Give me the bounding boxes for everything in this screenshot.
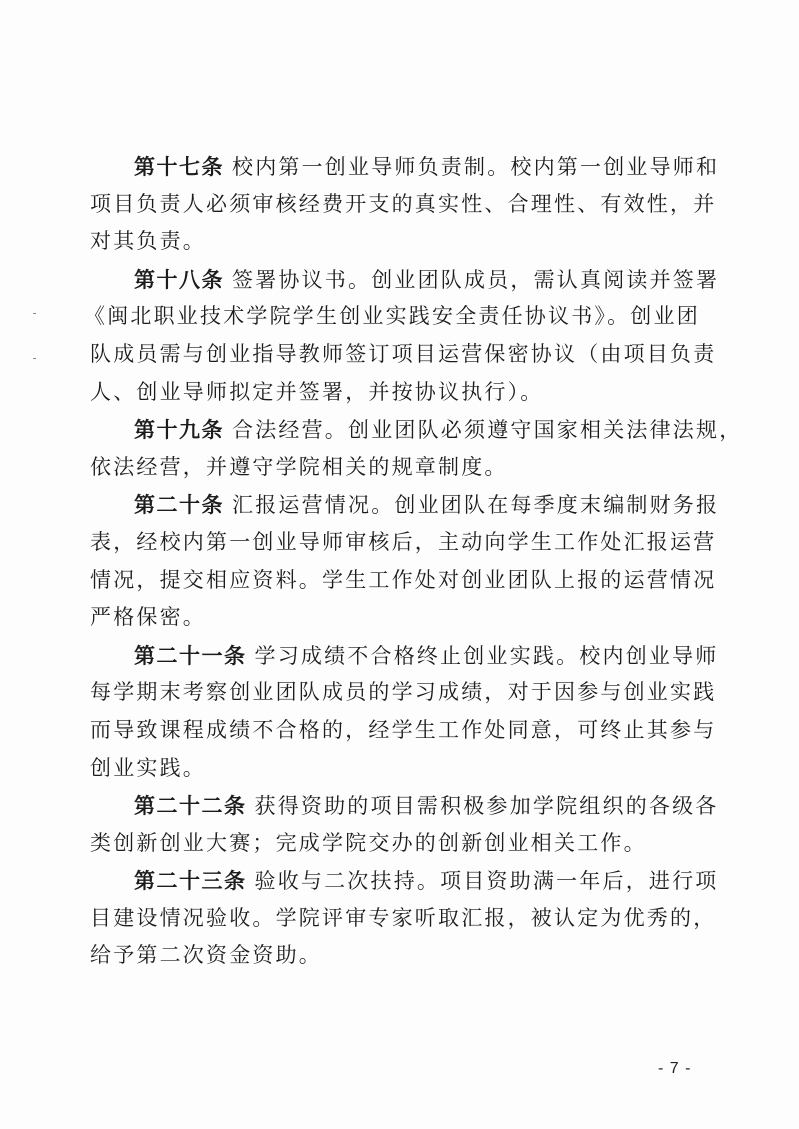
page-number: - 7 -: [658, 1060, 691, 1078]
line-text: 每学期末考察创业团队成员的学习成绩，对于因参与创业实践: [90, 680, 716, 704]
paragraph-line: 表，经校内第一创业导师审核后，主动向学生工作处汇报运营: [90, 524, 690, 562]
article-number: 第十八条: [134, 267, 224, 292]
article-first-line: 第二十二条获得资助的项目需积极参加学院组织的各级各: [90, 787, 690, 825]
paragraph-line: 对其负责。: [90, 223, 690, 261]
article-first-line: 第二十三条验收与二次扶持。项目资助满一年后，进行项: [90, 862, 690, 900]
paragraph-line: 人、创业导师拟定并签署，并按协议执行）。: [90, 374, 690, 412]
article-first-line: 第二十一条学习成绩不合格终止创业实践。校内创业导师: [90, 637, 690, 675]
line-text: 签署协议书。创业团队成员，需认真阅读并签署: [232, 268, 719, 292]
paragraph-line: 情况，提交相应资料。学生工作处对创业团队上报的运营情况: [90, 562, 690, 600]
line-text: 校内第一创业导师负责制。校内第一创业导师和: [232, 155, 719, 179]
article-number: 第十九条: [134, 417, 224, 442]
paragraph-line: 目建设情况验收。学院评审专家听取汇报，被认定为优秀的，: [90, 900, 690, 938]
paragraph-line: 《闽北职业技术学院学生创业实践安全责任协议书》。创业团: [90, 298, 690, 336]
article-number: 第二十三条: [134, 868, 247, 893]
scan-margin-mark: [33, 313, 36, 314]
line-text: 创业实践。: [90, 756, 206, 780]
article-first-line: 第二十条汇报运营情况。创业团队在每季度末编制财务报: [90, 486, 690, 524]
paragraph-line: 队成员需与创业指导教师签订项目运营保密协议（由项目负责: [90, 336, 690, 374]
line-text: 表，经校内第一创业导师审核后，主动向学生工作处汇报运营: [90, 530, 716, 554]
paragraph-line: 依法经营，并遵守学院相关的规章制度。: [90, 449, 690, 487]
article-number: 第二十条: [134, 492, 224, 517]
line-text: 验收与二次扶持。项目资助满一年后，进行项: [255, 869, 719, 893]
scan-margin-mark: [33, 358, 36, 359]
line-text: 学习成绩不合格终止创业实践。校内创业导师: [255, 644, 719, 668]
article-first-line: 第十七条校内第一创业导师负责制。校内第一创业导师和: [90, 148, 690, 186]
paragraph-line: 每学期末考察创业团队成员的学习成绩，对于因参与创业实践: [90, 674, 690, 712]
line-text: 严格保密。: [90, 605, 206, 629]
article-first-line: 第十九条合法经营。创业团队必须遵守国家相关法律法规，: [90, 411, 690, 449]
line-text: 人、创业导师拟定并签署，并按协议执行）。: [90, 380, 544, 404]
document-body: 第十七条校内第一创业导师负责制。校内第一创业导师和项目负责人必须审核经费开支的真…: [90, 148, 690, 975]
paragraph-line: 项目负责人必须审核经费开支的真实性、合理性、有效性，并: [90, 186, 690, 224]
paragraph-line: 创业实践。: [90, 750, 690, 788]
line-text: 《闽北职业技术学院学生创业实践安全责任协议书》。创业团: [84, 304, 700, 328]
line-text: 给予第二次资金资助。: [90, 943, 322, 967]
article-number: 第二十一条: [134, 643, 247, 668]
line-text: 目建设情况验收。学院评审专家听取汇报，被认定为优秀的，: [90, 906, 716, 930]
line-text: 汇报运营情况。创业团队在每季度末编制财务报: [232, 493, 719, 517]
line-text: 依法经营，并遵守学院相关的规章制度。: [90, 455, 508, 479]
line-text: 合法经营。创业团队必须遵守国家相关法律法规，: [232, 418, 742, 442]
line-text: 队成员需与创业指导教师签订项目运营保密协议（由项目负责: [90, 342, 716, 366]
paragraph-line: 类创新创业大赛；完成学院交办的创新创业相关工作。: [90, 825, 690, 863]
document-page: 第十七条校内第一创业导师负责制。校内第一创业导师和项目负责人必须审核经费开支的真…: [0, 0, 799, 1129]
article-first-line: 第十八条签署协议书。创业团队成员，需认真阅读并签署: [90, 261, 690, 299]
line-text: 获得资助的项目需积极参加学院组织的各级各: [255, 794, 719, 818]
line-text: 对其负责。: [90, 229, 206, 253]
line-text: 类创新创业大赛；完成学院交办的创新创业相关工作。: [90, 831, 647, 855]
paragraph-line: 严格保密。: [90, 599, 690, 637]
line-text: 项目负责人必须审核经费开支的真实性、合理性、有效性，并: [90, 192, 716, 216]
paragraph-line: 给予第二次资金资助。: [90, 937, 690, 975]
line-text: 情况，提交相应资料。学生工作处对创业团队上报的运营情况: [90, 568, 716, 592]
paragraph-line: 而导致课程成绩不合格的，经学生工作处同意，可终止其参与: [90, 712, 690, 750]
article-number: 第二十二条: [134, 793, 247, 818]
line-text: 而导致课程成绩不合格的，经学生工作处同意，可终止其参与: [90, 718, 716, 742]
article-number: 第十七条: [134, 154, 224, 179]
